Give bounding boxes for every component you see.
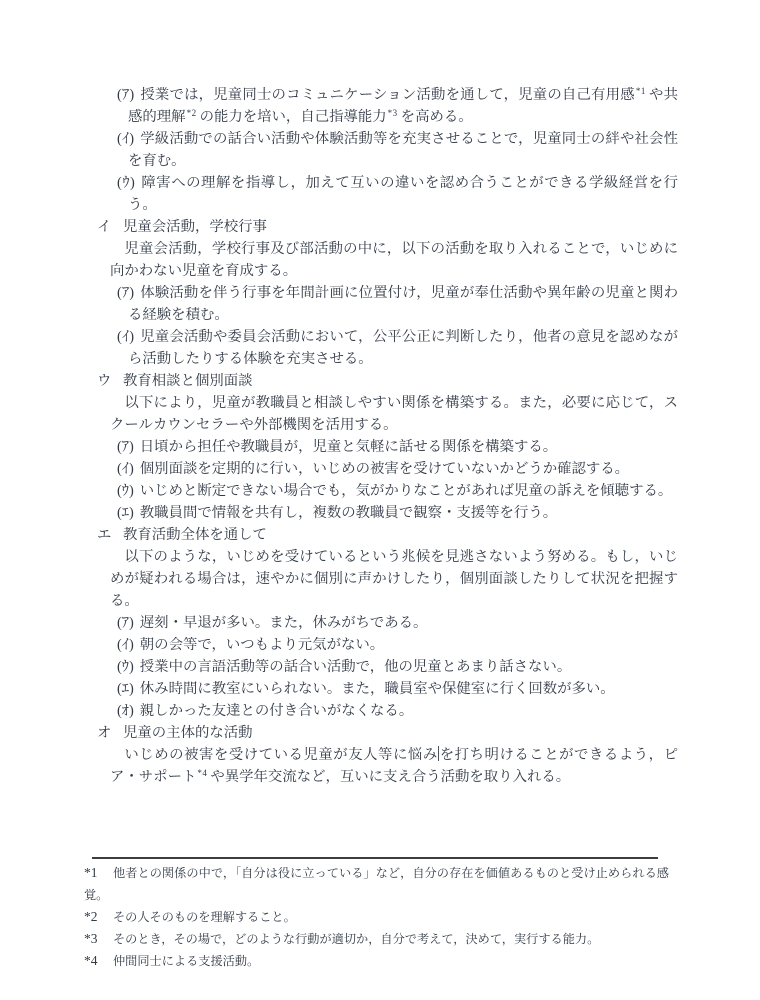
footnote: *1他者との関係の中で，「自分は役に立っている」など，自分の存在を価値あるものと… — [84, 862, 669, 906]
footnote-separator — [92, 857, 658, 859]
paragraph: 以下により，児童が教職員と相談しやすい関係を構築する。また，必要に応じて，スクー… — [97, 392, 678, 436]
item-marker: (ｳ) — [117, 483, 134, 499]
footnote: *2その人そのものを理解すること。 — [84, 906, 669, 928]
footnotes: *1他者との関係の中で，「自分は役に立っている」など，自分の存在を価値あるものと… — [84, 862, 669, 972]
section-marker: オ — [97, 722, 123, 744]
item-marker: (ｴ) — [117, 681, 134, 697]
item-marker: (ｱ) — [117, 87, 134, 103]
item-marker: (ｲ) — [117, 329, 134, 345]
list-item: (ｱ)日頃から担任や教職員が，児童と気軽に話せる関係を構築する。 — [97, 436, 678, 458]
item-marker: (ｱ) — [117, 285, 134, 301]
text-cursor — [438, 746, 440, 761]
item-marker: (ｳ) — [117, 659, 134, 675]
list-item: (ｳ)障害への理解を指導し，加えて互いの違いを認め合うことができる学級経営を行う… — [97, 172, 678, 216]
footnote-reference: *1 — [636, 86, 646, 96]
footnote: *3そのとき，その場で，どのような行動が適切か，自分で考えて，決めて，実行する能… — [84, 928, 669, 950]
document-body: (ｱ)授業では，児童同士のコミュニケーション活動を通して，児童の自己有用感*1や… — [97, 84, 678, 788]
item-marker: (ｲ) — [117, 131, 134, 147]
footnote-marker: *2 — [84, 906, 113, 928]
footnote-marker: *1 — [84, 862, 113, 884]
list-item: (ｳ)授業中の言語活動等の話合い活動で，他の児童とあまり話さない。 — [97, 656, 678, 678]
footnote-marker: *4 — [84, 950, 113, 972]
footnote-reference: *2 — [187, 108, 197, 118]
document-page: (ｱ)授業では，児童同士のコミュニケーション活動を通して，児童の自己有用感*1や… — [0, 0, 760, 1000]
list-item: (ｲ)児童会活動や委員会活動において，公平公正に判断したり，他者の意見を認めなが… — [97, 326, 678, 370]
item-marker: (ｲ) — [117, 461, 134, 477]
paragraph: 児童会活動，学校行事及び部活動の中に，以下の活動を取り入れることで，いじめに向か… — [97, 238, 678, 282]
item-marker: (ｲ) — [117, 637, 134, 653]
section-marker: ウ — [97, 370, 123, 392]
item-marker: (ｳ) — [117, 175, 135, 191]
list-item: (ｴ)教職員間で情報を共有し，複数の教職員で観察・支援等を行う。 — [97, 502, 678, 524]
list-item: (ｲ)個別面談を定期的に行い，いじめの被害を受けていないかどうか確認する。 — [97, 458, 678, 480]
paragraph: 以下のような，いじめを受けているという兆候を見逃さないよう努める。もし，いじめが… — [97, 546, 678, 612]
list-item: (ｱ)体験活動を伴う行事を年間計画に位置付け，児童が奉仕活動や異年齢の児童と関わ… — [97, 282, 678, 326]
footnote-marker: *3 — [84, 928, 113, 950]
footnote-reference: *4 — [197, 768, 207, 778]
item-marker: (ｱ) — [117, 439, 134, 455]
item-marker: (ｱ) — [117, 615, 134, 631]
list-item: (ｱ)遅刻・早退が多い。また，休みがちである。 — [97, 612, 678, 634]
section-heading: エ教育活動全体を通して — [97, 524, 678, 546]
list-item: (ｵ)親しかった友達との付き合いがなくなる。 — [97, 700, 678, 722]
list-item: (ｱ)授業では，児童同士のコミュニケーション活動を通して，児童の自己有用感*1や… — [97, 84, 678, 128]
section-heading: オ児童の主体的な活動 — [97, 722, 678, 744]
list-item: (ｳ)いじめと断定できない場合でも，気がかりなことがあれば児童の訴えを傾聴する。 — [97, 480, 678, 502]
paragraph: いじめの被害を受けている児童が友人等に悩みを打ち明けることができるよう，ピア・サ… — [97, 744, 678, 788]
list-item: (ｲ)学級活動での話合い活動や体験活動等を充実させることで，児童同士の絆や社会性… — [97, 128, 678, 172]
section-marker: イ — [97, 216, 123, 238]
list-item: (ｲ)朝の会等で，いつもより元気がない。 — [97, 634, 678, 656]
section-heading: イ児童会活動，学校行事 — [97, 216, 678, 238]
item-marker: (ｵ) — [117, 703, 134, 719]
footnote-reference: *3 — [388, 108, 398, 118]
footnote: *4仲間同士による支援活動。 — [84, 950, 669, 972]
section-marker: エ — [97, 524, 123, 546]
section-heading: ウ教育相談と個別面談 — [97, 370, 678, 392]
list-item: (ｴ)休み時間に教室にいられない。また，職員室や保健室に行く回数が多い。 — [97, 678, 678, 700]
item-marker: (ｴ) — [117, 505, 134, 521]
